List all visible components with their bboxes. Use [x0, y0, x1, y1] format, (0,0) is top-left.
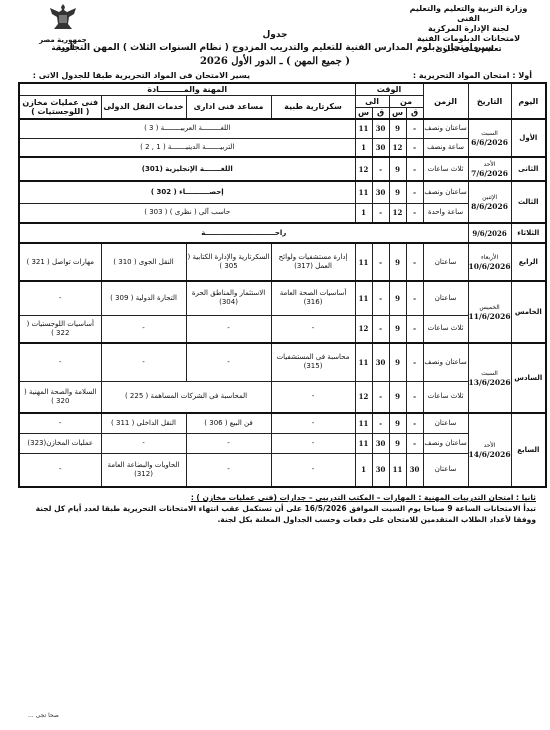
subject-medical-secretary: - [271, 413, 355, 433]
subject-admin-assistant: الاستثمار والمناطق الحرة (304) [186, 281, 271, 315]
duration-cell: ساعتان [423, 453, 468, 487]
to-hour: 11 [355, 413, 372, 433]
subject-all: اللغـــــــة الإنجليزية (301) [19, 157, 355, 181]
to-hour: 11 [355, 343, 372, 381]
signature: صحا تجى ... [28, 712, 59, 719]
to-minute: 30 [372, 453, 389, 487]
subject-all: اللغـــــــــة العربيــــــــة ( 3 ) [19, 119, 355, 138]
from-hour: 9 [389, 281, 406, 315]
duration-cell: ساعتان [423, 281, 468, 315]
to-minute: - [372, 281, 389, 315]
to-minute: - [372, 315, 389, 343]
header-medical-secretary: سكرتارية طبية [271, 95, 355, 119]
duration-cell: ساعتان [423, 413, 468, 433]
duration-cell: ساعة واحدة [423, 203, 468, 223]
section1-heading: أولا : امتحان المواد التحريرية : [413, 71, 532, 80]
from-hour: 9 [389, 119, 406, 138]
subject-logistics: - [19, 343, 101, 381]
to-hour: 11 [355, 119, 372, 138]
header-time: الوقت [355, 83, 423, 95]
day-name: الخامس [511, 281, 546, 343]
table-row: الأول السبت6/6/2026 ساعتان ونصف - 9 30 1… [19, 119, 546, 138]
subject-medical-secretary: - [271, 381, 355, 413]
subject-all: إحصــــــــــاء ( 302 ) [19, 181, 355, 203]
from-minute: - [406, 138, 423, 157]
duration-cell: ساعتان [423, 243, 468, 281]
table-row: الثالث الإثنين8/6/2026 ساعتان ونصف - 9 3… [19, 181, 546, 203]
to-minute: - [372, 413, 389, 433]
header-profession-subject: المهنة والمـــــــــادة [19, 83, 355, 95]
from-hour: 9 [389, 181, 406, 203]
day-name: السابع [511, 413, 546, 487]
to-hour: 1 [355, 203, 372, 223]
table-row: ساعتان 30 11 30 1 - - الحاويات والبضاعة … [19, 453, 546, 487]
date-cell: 9/6/2026 [468, 223, 511, 243]
subject-logistics: مهارات تواصل ( 321 ) [19, 243, 101, 281]
from-hour: 9 [389, 413, 406, 433]
subject-intl-transport: النقل الجوى ( 310 ) [101, 243, 186, 281]
to-hour: 12 [355, 315, 372, 343]
date-cell: الأحد7/6/2026 [468, 157, 511, 181]
subject-medical-secretary: محاسبة فى المستشفيات (315) [271, 343, 355, 381]
subject-logistics: - [19, 453, 101, 487]
subject-intl-transport: النقل الداخلى ( 311 ) [101, 413, 186, 433]
to-hour: 1 [355, 453, 372, 487]
section2: ثانيا : امتحان التدريبات المهنية : المها… [16, 492, 536, 525]
subject-admin-assistant: السكرتارية والإدارة الكتابية ( 305 ) [186, 243, 271, 281]
duration-cell: ساعتان ونصف [423, 343, 468, 381]
header-from-hour: س [389, 107, 406, 119]
egypt-eagle-icon [46, 2, 80, 32]
subject-admin-assistant: - [186, 343, 271, 381]
subject-logistics: - [19, 281, 101, 315]
from-minute: - [406, 281, 423, 315]
section2-heading: ثانيا : امتحان التدريبات المهنية : المها… [16, 492, 536, 503]
header-duration: الزمن [423, 83, 468, 119]
header-to-minute: ق [372, 107, 389, 119]
from-minute: - [406, 343, 423, 381]
from-minute: 30 [406, 453, 423, 487]
exam-schedule-table: اليوم التاريخ الزمن الوقت المهنة والمـــ… [18, 82, 547, 488]
from-minute: - [406, 381, 423, 413]
from-hour: 12 [389, 138, 406, 157]
title-block: جدول سير امتحان دبلوم المدارس الفنية للت… [0, 29, 550, 68]
subject-admin-assistant: - [186, 315, 271, 343]
day-name: الأول [511, 119, 546, 157]
duration-cell: ساعتان ونصف [423, 181, 468, 203]
subject-admin-assistant: - [186, 433, 271, 453]
subject-admin-and-transport: المحاسبة فى الشركات المساهمة ( 225 ) [101, 381, 271, 413]
subject-intl-transport: - [101, 343, 186, 381]
subject-logistics: أساسيات اللوجستيات ( 322 ) [19, 315, 101, 343]
date-cell: الأربعاء10/6/2026 [468, 243, 511, 281]
table-row: ساعتان ونصف - 9 30 11 - - - عمليات المخا… [19, 433, 546, 453]
subject-medical-secretary: إدارة مستشفيات ولوائح العمل (317) [271, 243, 355, 281]
day-name: الثانى [511, 157, 546, 181]
subject-logistics: عمليات المخازن(323) [19, 433, 101, 453]
subject-all: التربيـــــــة الدينيـــــــة ( 1 , 2 ) [19, 138, 355, 157]
day-name: الثلاثاء [511, 223, 546, 243]
date-cell: السبت13/6/2026 [468, 343, 511, 413]
subject-medical-secretary: - [271, 315, 355, 343]
from-hour: 11 [389, 453, 406, 487]
date-cell: السبت6/6/2026 [468, 119, 511, 157]
header-from: من [389, 95, 423, 107]
to-minute: 30 [372, 433, 389, 453]
day-name: السادس [511, 343, 546, 413]
to-minute: - [372, 203, 389, 223]
duration-cell: ساعتان ونصف [423, 433, 468, 453]
from-minute: - [406, 203, 423, 223]
subject-admin-assistant: - [186, 453, 271, 487]
header-from-minute: ق [406, 107, 423, 119]
header-to: الى [355, 95, 389, 107]
table-row: الخامس الخميس11/6/2026 ساعتان - 9 - 11 أ… [19, 281, 546, 315]
to-hour: 11 [355, 243, 372, 281]
from-minute: - [406, 413, 423, 433]
day-name: الثالث [511, 181, 546, 223]
to-hour: 11 [355, 181, 372, 203]
table-row: ثلاث ساعات - 9 - 12 - المحاسبة فى الشركا… [19, 381, 546, 413]
subject-logistics: السلامة والصحة المهنية ( 320 ) [19, 381, 101, 413]
to-minute: 30 [372, 119, 389, 138]
from-hour: 12 [389, 203, 406, 223]
to-minute: - [372, 243, 389, 281]
date-cell: الإثنين8/6/2026 [468, 181, 511, 223]
to-hour: 11 [355, 433, 372, 453]
to-hour: 12 [355, 381, 372, 413]
from-minute: - [406, 181, 423, 203]
day-name: الرابع [511, 243, 546, 281]
from-hour: 9 [389, 381, 406, 413]
table-row: ساعة واحدة - 12 - 1 حاسب آلى ( نظرى ) ( … [19, 203, 546, 223]
to-hour: 12 [355, 157, 372, 181]
header-to-hour: س [355, 107, 372, 119]
duration-cell: ثلاث ساعات [423, 157, 468, 181]
date-cell: الخميس11/6/2026 [468, 281, 511, 343]
from-hour: 9 [389, 343, 406, 381]
subject-medical-secretary: - [271, 453, 355, 487]
from-hour: 9 [389, 433, 406, 453]
to-hour: 11 [355, 281, 372, 315]
subject-logistics: - [19, 413, 101, 433]
from-hour: 9 [389, 315, 406, 343]
subject-intl-transport: - [101, 315, 186, 343]
header-intl-transport: خدمات النقل الدولى [101, 95, 186, 119]
session-label: ( جميع المهن ) ـ الدور الأول 2026 [0, 55, 550, 68]
header-day: اليوم [511, 83, 546, 119]
table-row-rest: الثلاثاء 9/6/2026 راحـــــــــــــــــــ… [19, 223, 546, 243]
table-row: ساعة ونصف - 12 30 1 التربيـــــــة الدين… [19, 138, 546, 157]
to-minute: 30 [372, 343, 389, 381]
subject-intl-transport: - [101, 433, 186, 453]
to-minute: - [372, 157, 389, 181]
header-date: التاريخ [468, 83, 511, 119]
page-subtitle: سير امتحان دبلوم المدارس الفنية للتعليم … [0, 41, 550, 55]
duration-cell: ساعتان ونصف [423, 119, 468, 138]
section1-intro: يسير الامتحان فى المواد التحريرية طبقا ل… [20, 71, 250, 80]
table-row: الثانى الأحد7/6/2026 ثلاث ساعات - 9 - 12… [19, 157, 546, 181]
table-row: السابع الأحد14/6/2026 ساعتان - 9 - 11 - … [19, 413, 546, 433]
from-minute: - [406, 157, 423, 181]
from-hour: 9 [389, 157, 406, 181]
table-row: الرابع الأربعاء10/6/2026 ساعتان - 9 - 11… [19, 243, 546, 281]
header-logistics: فنى عمليات مخازن ( اللوجستيات ) [19, 95, 101, 119]
header-admin-assistant: مساعد فنى ادارى [186, 95, 271, 119]
duration-cell: ثلاث ساعات [423, 381, 468, 413]
section2-body: تبدأ الامتحانات الساعة 9 صباحا يوم السبت… [16, 503, 536, 525]
to-minute: - [372, 381, 389, 413]
subject-medical-secretary: أساسيات الصحة العامة (316) [271, 281, 355, 315]
from-minute: - [406, 119, 423, 138]
table-row: السادس السبت13/6/2026 ساعتان ونصف - 9 30… [19, 343, 546, 381]
from-minute: - [406, 433, 423, 453]
rest-day-label: راحـــــــــــــــــــــــــــــة [19, 223, 468, 243]
page-title: جدول [0, 29, 550, 41]
date-cell: الأحد14/6/2026 [468, 413, 511, 487]
duration-cell: ثلاث ساعات [423, 315, 468, 343]
table-row: ثلاث ساعات - 9 - 12 - - - أساسيات اللوجس… [19, 315, 546, 343]
subject-medical-secretary: - [271, 433, 355, 453]
from-hour: 9 [389, 243, 406, 281]
from-minute: - [406, 243, 423, 281]
to-minute: 30 [372, 138, 389, 157]
subject-all: حاسب آلى ( نظرى ) ( 303 ) [19, 203, 355, 223]
ministry-line: وزارة التربية والتعليم والتعليم الفنى [401, 4, 536, 24]
to-hour: 1 [355, 138, 372, 157]
duration-cell: ساعة ونصف [423, 138, 468, 157]
subject-admin-assistant: فن البيع ( 306 ) [186, 413, 271, 433]
subject-intl-transport: الحاويات والبضاعة العامة (312) [101, 453, 186, 487]
from-minute: - [406, 315, 423, 343]
subject-intl-transport: التجارة الدولية ( 309 ) [101, 281, 186, 315]
to-minute: 30 [372, 181, 389, 203]
